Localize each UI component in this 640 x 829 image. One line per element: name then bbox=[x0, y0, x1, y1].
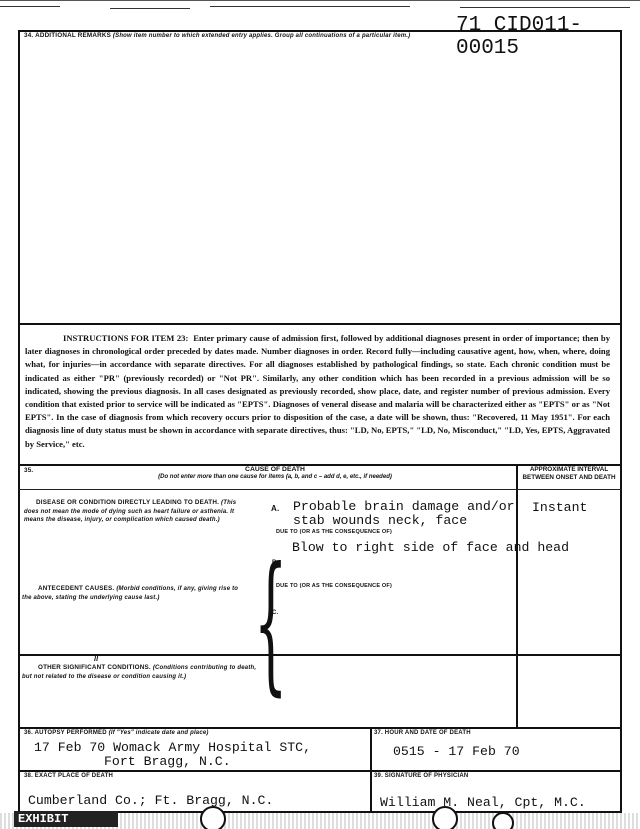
physician-signature-label: 39. SIGNATURE OF PHYSICIAN bbox=[374, 773, 468, 779]
autopsy-value-line1[interactable]: 17 Feb 70 Womack Army Hospital STC, bbox=[34, 740, 311, 755]
autopsy-value-line2[interactable]: Fort Bragg, N.C. bbox=[104, 754, 231, 769]
autopsy-title: 36. AUTOPSY PERFORMED bbox=[24, 730, 107, 736]
divider bbox=[18, 323, 622, 325]
other-conditions-marker: II bbox=[94, 656, 98, 663]
other-conditions-title: OTHER SIGNIFICANT CONDITIONS. bbox=[22, 664, 151, 671]
direct-cause-title: DISEASE OR CONDITION DIRECTLY LEADING TO… bbox=[24, 499, 219, 506]
place-of-death-value[interactable]: Cumberland Co.; Ft. Bragg, N.C. bbox=[28, 793, 273, 808]
punch-hole-icon bbox=[432, 806, 458, 829]
interval-header: APPROXIMATE INTERVAL BETWEEN ONSET AND D… bbox=[520, 466, 618, 481]
direct-cause-label: DISEASE OR CONDITION DIRECTLY LEADING TO… bbox=[24, 499, 250, 525]
cause-of-death-item-number: 35. bbox=[24, 467, 33, 474]
other-conditions-label: OTHER SIGNIFICANT CONDITIONS. (Condition… bbox=[22, 664, 258, 681]
direct-cause-interval[interactable]: Instant bbox=[532, 500, 587, 515]
due-to-value[interactable]: Blow to right side of face and head bbox=[292, 540, 569, 555]
punch-hole-icon bbox=[200, 806, 226, 829]
punch-hole-icon bbox=[492, 812, 514, 829]
scan-artifact bbox=[0, 0, 640, 1]
hour-date-of-death-label: 37. HOUR AND DATE OF DEATH bbox=[374, 730, 471, 736]
scan-artifact bbox=[210, 6, 410, 7]
due-to-label-text: DUE TO (Or as the consequence of) bbox=[276, 529, 392, 535]
scan-artifact bbox=[460, 7, 630, 8]
antecedent-marker-b: b. bbox=[272, 560, 278, 566]
instructions-heading: INSTRUCTIONS FOR ITEM 23: bbox=[25, 333, 188, 343]
antecedent-causes-label: ANTECEDENT CAUSES. (Morbid conditions, i… bbox=[22, 585, 248, 602]
scan-artifact bbox=[110, 8, 190, 9]
interval-column-divider bbox=[516, 464, 518, 727]
physician-signature-value[interactable]: William M. Neal, Cpt, M.C. bbox=[380, 795, 586, 810]
direct-cause-marker: a. bbox=[271, 504, 279, 513]
antecedent-causes-field[interactable] bbox=[290, 558, 512, 648]
due-to-label: DUE TO (Or as the consequence of) bbox=[276, 529, 392, 535]
direct-cause-value-line2[interactable]: stab wounds neck, face bbox=[293, 513, 467, 528]
antecedent-marker-c: c. bbox=[272, 610, 278, 616]
cause-of-death-subtitle: (Do not enter more than one cause for it… bbox=[40, 474, 510, 480]
divider bbox=[18, 489, 622, 490]
additional-remarks-label: 34. Additional Remarks (Show item number… bbox=[24, 32, 410, 39]
hour-date-of-death-value[interactable]: 0515 - 17 Feb 70 bbox=[393, 744, 520, 759]
cause-of-death-title: CAUSE OF DEATH bbox=[40, 466, 510, 473]
additional-remarks-hint: (Show item number to which extended entr… bbox=[113, 33, 410, 39]
antecedent-causes-title: ANTECEDENT CAUSES. bbox=[22, 585, 114, 592]
autopsy-hint: (If "Yes" indicate date and place) bbox=[109, 730, 209, 736]
other-conditions-field[interactable] bbox=[262, 658, 512, 724]
place-of-death-label: 38. EXACT PLACE OF DEATH bbox=[24, 773, 113, 779]
exhibit-stamp: EXHIBIT bbox=[14, 811, 118, 827]
cause-of-death-header: CAUSE OF DEATH (Do not enter more than o… bbox=[40, 466, 510, 480]
divider bbox=[18, 770, 622, 772]
scan-artifact bbox=[0, 6, 60, 7]
divider bbox=[18, 654, 622, 656]
direct-cause-value-line1[interactable]: Probable brain damage and/or bbox=[293, 499, 515, 514]
instructions-body: Enter primary cause of admission first, … bbox=[25, 333, 610, 449]
divider bbox=[18, 727, 622, 729]
additional-remarks-field[interactable] bbox=[22, 42, 618, 322]
additional-remarks-title: 34. Additional Remarks bbox=[24, 32, 111, 39]
instructions-item-23: INSTRUCTIONS FOR ITEM 23: Enter primary … bbox=[25, 332, 610, 451]
autopsy-label: 36. AUTOPSY PERFORMED (If "Yes" indicate… bbox=[24, 730, 209, 736]
